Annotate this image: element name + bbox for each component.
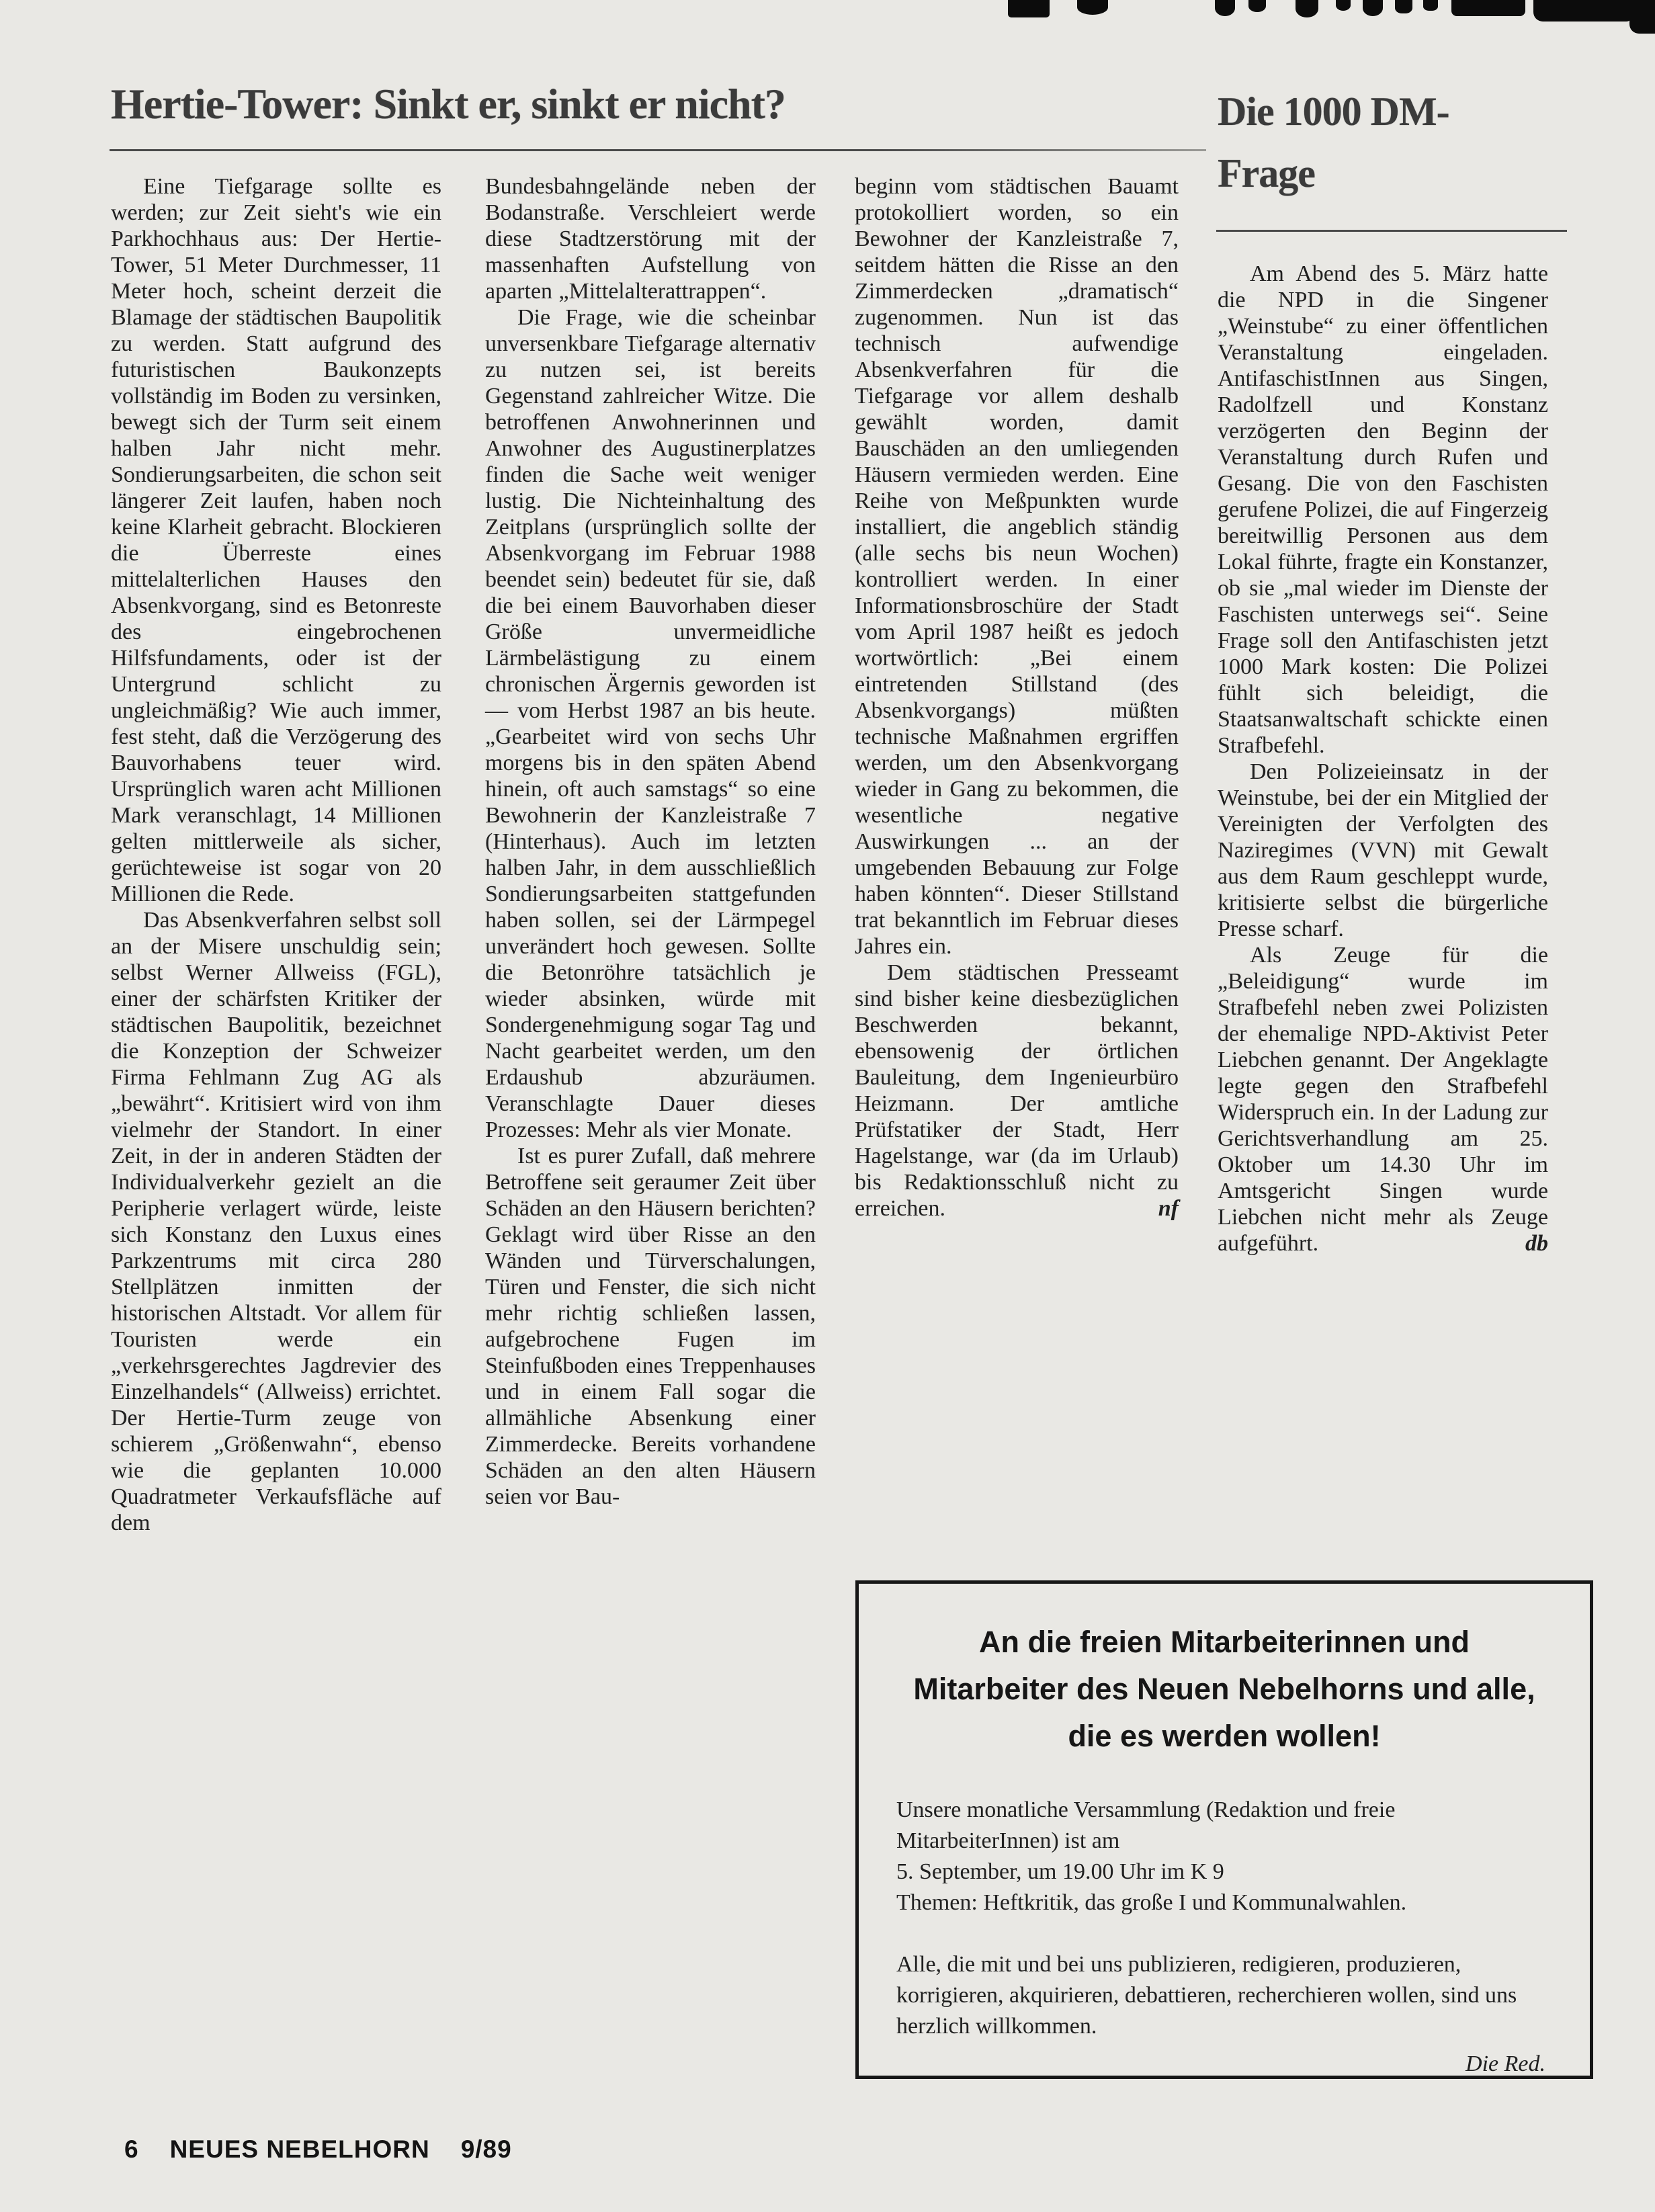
paragraph-text: Dem städtischen Presseamt sind bisher ke…	[855, 960, 1179, 1221]
paragraph: Dem städtischen Presseamt sind bisher ke…	[855, 960, 1179, 1222]
announcement-headline: An die freien Mitarbeiterinnen und Mitar…	[903, 1619, 1545, 1760]
paragraph: Eine Tiefgarage sollte es werden; zur Ze…	[111, 173, 441, 907]
scan-artifact	[1215, 0, 1235, 16]
announcement-body: Unsere monatliche Versammlung (Redaktion…	[896, 1795, 1552, 2080]
scan-artifact	[1336, 0, 1351, 11]
article-hertie-headline: Hertie-Tower: Sinkt er, sinkt er nicht?	[111, 79, 1119, 129]
paragraph: Als Zeuge für die „Beleidigung“ wurde im…	[1218, 942, 1548, 1257]
author-initials-nf: nf	[1113, 1195, 1179, 1222]
headline-rule	[110, 149, 1206, 151]
announcement-line: Themen: Heftkritik, das große I und Komm…	[896, 1887, 1552, 1918]
scan-artifact	[1296, 0, 1318, 17]
page-number: 6	[124, 2135, 139, 2163]
scan-artifact	[1248, 0, 1266, 12]
scan-artifact	[1423, 0, 1438, 11]
announcement-line: Unsere monatliche Versammlung (Redaktion…	[896, 1795, 1552, 1857]
announcement-line: 5. September, um 19.00 Uhr im K 9	[896, 1857, 1552, 1887]
article-dm-column: Am Abend des 5. März hatte die NPD in di…	[1218, 261, 1548, 1257]
magazine-title: NEUES NEBELHORN	[170, 2135, 430, 2163]
paragraph: Den Polizeieinsatz in der Weinstube, bei…	[1218, 759, 1548, 942]
article-hertie-column-1: Eine Tiefgarage sollte es werden; zur Ze…	[111, 173, 441, 1536]
paragraph: Das Absenkverfahren selbst soll an der M…	[111, 907, 441, 1536]
article-hertie-column-2: Bundesbahngelände neben der Bodanstraße.…	[485, 173, 816, 1510]
dm-headline-rule	[1216, 230, 1567, 232]
article-dm-headline: Die 1000 DM-Frage	[1218, 81, 1486, 204]
newspaper-page: Hertie-Tower: Sinkt er, sinkt er nicht? …	[0, 0, 1655, 2212]
paragraph: Am Abend des 5. März hatte die NPD in di…	[1218, 261, 1548, 759]
scan-artifact	[1451, 0, 1525, 16]
article-hertie-column-3: beginn vom städtischen Bauamt protokolli…	[855, 173, 1179, 1222]
paragraph: beginn vom städtischen Bauamt protokolli…	[855, 173, 1179, 960]
scan-artifact	[1533, 0, 1633, 22]
announcement-signature: Die Red.	[896, 2049, 1552, 2080]
scan-artifact	[1629, 0, 1655, 34]
scan-artifact	[1077, 0, 1108, 15]
announcement-box: An die freien Mitarbeiterinnen und Mitar…	[855, 1580, 1593, 2079]
scan-artifact	[1363, 0, 1383, 16]
paragraph: Ist es purer Zufall, daß mehrere Betroff…	[485, 1143, 816, 1510]
paragraph: Die Frage, wie die scheinbar unversenkba…	[485, 304, 816, 1143]
scan-artifact	[1395, 0, 1412, 13]
issue-number: 9/89	[461, 2135, 512, 2163]
author-initials-db: db	[1480, 1230, 1548, 1257]
announcement-line: Alle, die mit und bei uns publizieren, r…	[896, 1949, 1552, 2042]
paragraph: Bundesbahngelände neben der Bodanstraße.…	[485, 173, 816, 304]
paragraph-text: Als Zeuge für die „Beleidigung“ wurde im…	[1218, 943, 1548, 1256]
scan-artifact	[1008, 0, 1050, 17]
page-footer: 6NEUES NEBELHORN9/89	[124, 2135, 512, 2164]
